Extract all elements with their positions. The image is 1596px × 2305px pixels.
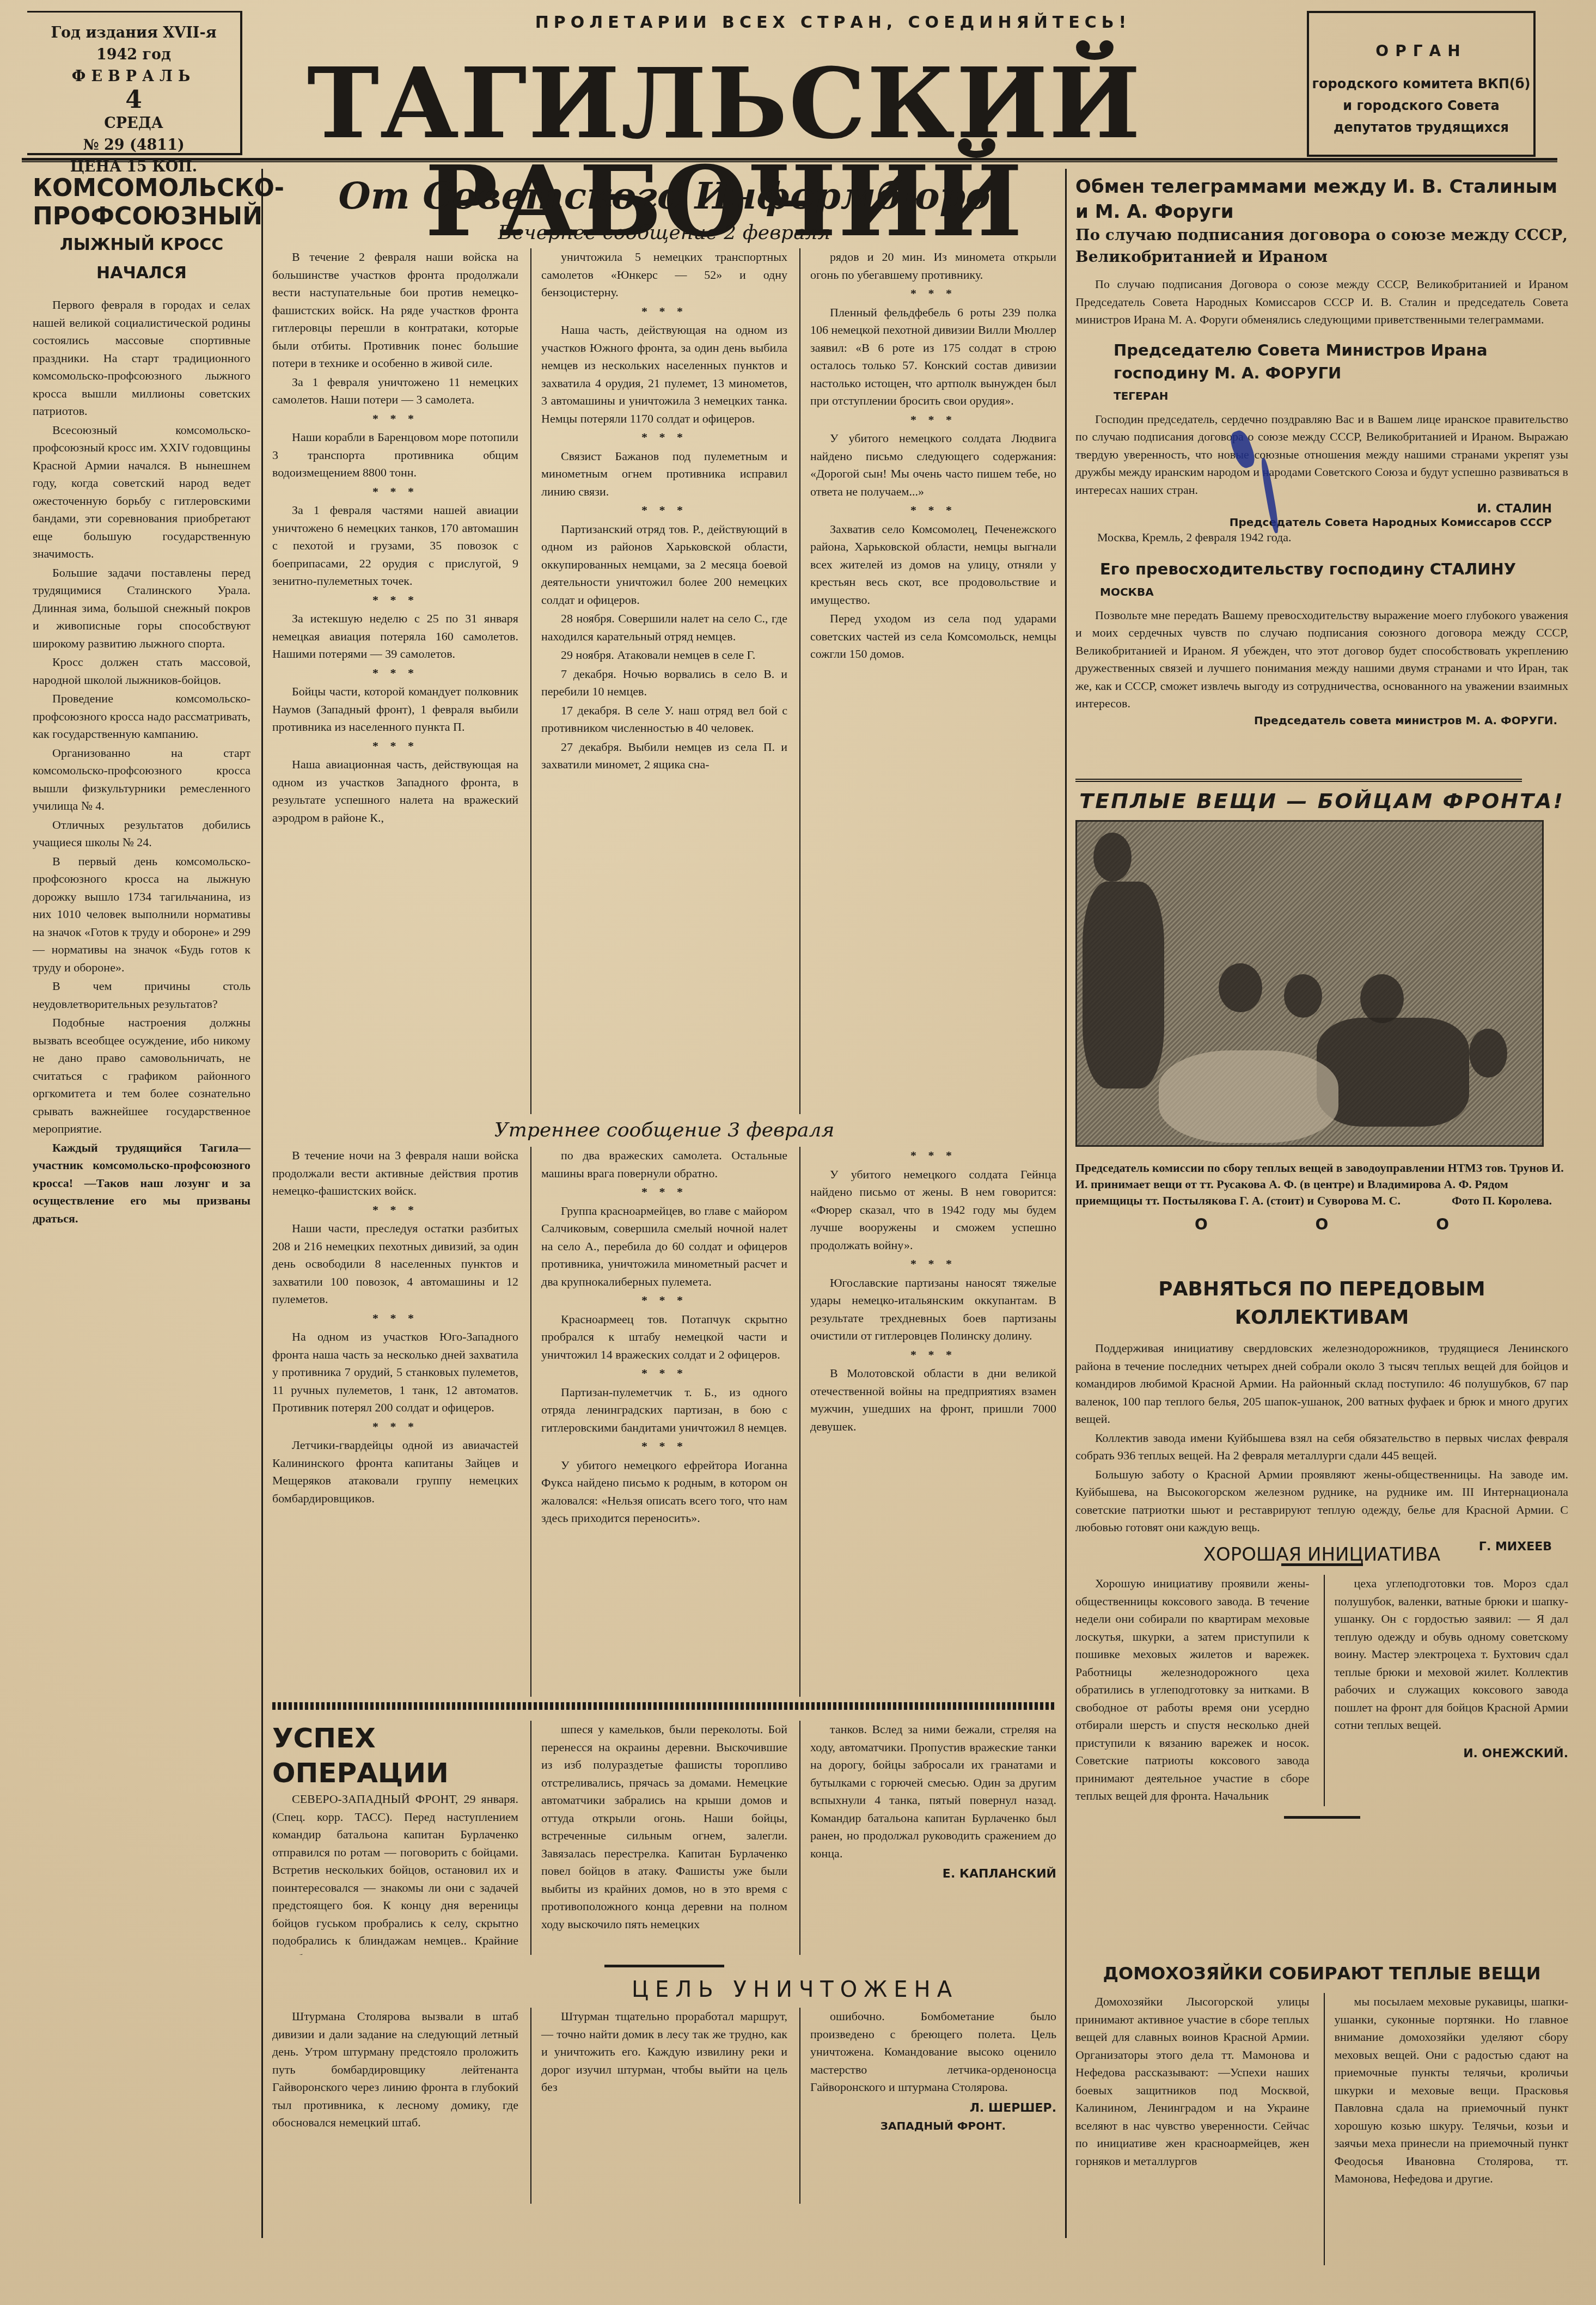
photo-figure: [1093, 833, 1132, 882]
paragraph: Большие задачи поставлены перед трудящим…: [33, 564, 250, 653]
signature: Председатель совета министров М. А. ФОРУ…: [1075, 714, 1557, 727]
paragraph: По случаю подписания Договора о союзе ме…: [1075, 276, 1568, 329]
photo-figure: [1469, 1029, 1507, 1078]
paragraph: ошибочно. Бомбометание было произведено …: [810, 2008, 1056, 2096]
paragraph: Наши корабли в Баренцовом море потопили …: [272, 429, 518, 482]
stars-separator: * * *: [541, 1438, 787, 1456]
text-column: цеха углеподготовки тов. Мороз сдал полу…: [1324, 1575, 1569, 1806]
target-columns: Штурмана Столярова вызвали в штаб дивизи…: [272, 2008, 1056, 2204]
paragraph: Бойцы части, которой командует полковник…: [272, 683, 518, 736]
article-body: Первого февраля в городах и селах нашей …: [33, 296, 250, 1227]
newspaper-page: Год издания XVII-я 1942 год ФЕВРАЛЬ 4 СР…: [22, 11, 1579, 2298]
paragraph: Организованно на старт комсомольско-проф…: [33, 744, 250, 815]
photo: [1075, 820, 1544, 1147]
headline: Обмен телеграммами между И. В. Сталиным …: [1075, 174, 1568, 224]
article-body: Поддерживая инициативу свердловских желе…: [1075, 1340, 1568, 1537]
ornament: О: [1316, 1215, 1329, 1233]
headline: РАВНЯТЬСЯ ПО ПЕРЕДОВЫМ КОЛЛЕКТИВАМ: [1075, 1275, 1568, 1332]
paragraph: Югославские партизаны наносят тяжелые уд…: [810, 1274, 1056, 1345]
article-columns: Домохозяйки Лысогорской улицы принимают …: [1075, 1993, 1568, 2265]
evening-subtitle: Вечернее сообщение 2 февраля: [272, 218, 1056, 248]
paragraph: мы посылаем меховые рукавицы, шапки-ушан…: [1335, 1993, 1569, 2188]
stars-separator: * * *: [810, 1255, 1056, 1273]
text-column: мы посылаем меховые рукавицы, шапки-ушан…: [1324, 1993, 1569, 2265]
short-divider: [1284, 1816, 1360, 1819]
intro: По случаю подписания Договора о союзе ме…: [1075, 276, 1568, 329]
text-column: Хорошую инициативу проявили жены-обществ…: [1075, 1575, 1310, 1806]
headline-line: КОМСОМОЛЬСКО-: [33, 174, 250, 203]
ornament: О: [1436, 1215, 1449, 1233]
headline: ТЕПЛЫЕ ВЕЩИ — БОЙЦАМ ФРОНТА!: [1075, 782, 1568, 820]
paragraph: шпеся у камельков, были переколоты. Бой …: [541, 1721, 787, 1933]
paragraph: Наша авиационная часть, действующая на о…: [272, 756, 518, 827]
paragraph: За 1 февраля уничтожено 11 немецких само…: [272, 374, 518, 409]
paragraph: В течение ночи на 3 февраля наши войска …: [272, 1147, 518, 1200]
paragraph: На одном из участков Юго-Западного фронт…: [272, 1328, 518, 1417]
organ-line: и городского Совета: [1309, 95, 1533, 117]
author: И. ОНЕЖСКИЙ.: [1335, 1745, 1569, 1763]
article-housewives: ДОМОХОЗЯЙКИ СОБИРАЮТ ТЕПЛЫЕ ВЕЩИ Домохоз…: [1075, 1960, 1568, 2265]
article-columns: Хорошую инициативу проявили жены-обществ…: [1075, 1575, 1568, 1806]
paragraph: 29 ноября. Атаковали немцев в селе Г.: [541, 646, 787, 664]
paragraph: Наша часть, действующая на одном из учас…: [541, 321, 787, 427]
paragraph: У убитого немецкого солдата Гейнца найде…: [810, 1166, 1056, 1255]
photo-figure: [1317, 1018, 1469, 1127]
sovinformburo-title: От Советского Информбюро: [272, 174, 1056, 218]
text-column: по два вражеских самолета. Остальные маш…: [530, 1147, 787, 1697]
photo-figure: [1284, 974, 1322, 1018]
paragraph: Отличных результатов добились учащиеся ш…: [33, 816, 250, 852]
article-good-initiative: ХОРОШАЯ ИНИЦИАТИВА Хорошую инициативу пр…: [1075, 1541, 1568, 1829]
paragraph: Поддерживая инициативу свердловских желе…: [1075, 1340, 1568, 1428]
paragraph: Большую заботу о Красной Армии проявляют…: [1075, 1466, 1568, 1537]
stars-separator: * * *: [810, 1346, 1056, 1364]
paragraph: У убитого немецкого ефрейтора Иоганна Фу…: [541, 1457, 787, 1527]
signature-title: Председатель Совета Народных Комиссаров …: [1075, 516, 1552, 529]
paragraph: СЕВЕРО-ЗАПАДНЫЙ ФРОНТ, 29 января. (Спец.…: [272, 1790, 518, 1955]
organ-line: городского комитета ВКП(б): [1309, 73, 1533, 95]
photo-caption: Председатель комиссии по сбору теплых ве…: [1075, 1160, 1568, 1209]
paragraph: цеха углеподготовки тов. Мороз сдал полу…: [1335, 1575, 1569, 1734]
paragraph: В чем причины столь неудовлетворительных…: [33, 977, 250, 1013]
addressee-line: Его превосходительству господину СТАЛИНУ: [1100, 558, 1568, 580]
headline: ДОМОХОЗЯЙКИ СОБИРАЮТ ТЕПЛЫЕ ВЕЩИ: [1075, 1960, 1568, 1986]
text-column: УСПЕХ ОПЕРАЦИИ СЕВЕРО-ЗАПАДНЫЙ ФРОНТ, 29…: [272, 1721, 518, 1955]
headline: УСПЕХ ОПЕРАЦИИ: [272, 1721, 518, 1790]
paragraph: Проведение комсомольско-профсоюзного кро…: [33, 690, 250, 743]
ornament: О: [1195, 1215, 1208, 1233]
text-column: * * *У убитого немецкого солдата Гейнца …: [799, 1147, 1056, 1697]
article-align-with-leaders: РАВНЯТЬСЯ ПО ПЕРЕДОВЫМ КОЛЛЕКТИВАМ Подде…: [1075, 1275, 1568, 1576]
paragraph: Перед уходом из села под ударами советск…: [810, 610, 1056, 663]
text-column: ошибочно. Бомбометание было произведено …: [799, 2008, 1056, 2204]
telegram-1: Председателю Совета Министров Ирана госп…: [1075, 339, 1568, 547]
paragraph: В течение 2 февраля наши войска на больш…: [272, 248, 518, 372]
headline: ХОРОШАЯ ИНИЦИАТИВА: [1075, 1541, 1568, 1568]
headline-line: ПРОФСОЮЗНЫЙ: [33, 203, 250, 231]
stars-separator: * * *: [541, 429, 787, 447]
stars-separator: * * *: [541, 303, 787, 321]
text-column: уничтожила 5 немецких транспортных самол…: [530, 248, 787, 1114]
dateline-place: ЗАПАДНЫЙ ФРОНТ.: [810, 2117, 1056, 2135]
paragraph: Летчики-гвардейцы одной из авиачастей Ка…: [272, 1436, 518, 1507]
city: ТЕГЕРАН: [1114, 384, 1568, 407]
paragraph: Подобные настроения должны вызвать всеоб…: [33, 1014, 250, 1138]
paragraph: 27 декабря. Выбили немцев из села П. и з…: [541, 738, 787, 774]
sovinformburo-report: От Советского Информбюро Вечернее сообще…: [272, 174, 1056, 1715]
signature: И. СТАЛИН: [1075, 502, 1552, 516]
organ-label: ОРГАН: [1309, 40, 1533, 62]
paragraph: За 1 февраля частями нашей авиации уничт…: [272, 502, 518, 590]
evening-columns: В течение 2 февраля наши войска на больш…: [272, 248, 1056, 1114]
column-divider: [1065, 169, 1067, 2238]
addressee-line: господину М. А. ФОРУГИ: [1114, 362, 1568, 384]
ornament-separator: О О О: [1141, 1215, 1503, 1233]
stars-separator: * * *: [272, 664, 518, 682]
paragraph: В первый день комсомольско-профсоюзного …: [33, 853, 250, 977]
organ-box: ОРГАН городского комитета ВКП(б) и город…: [1307, 11, 1536, 157]
morning-subtitle: Утреннее сообщение 3 февраля: [272, 1114, 1056, 1147]
photo-credit: Фото П. Королева.: [1452, 1193, 1552, 1209]
stars-separator: * * *: [272, 1201, 518, 1219]
stars-separator: * * *: [541, 1365, 787, 1383]
paragraph: Связист Бажанов под пулеметным и миномет…: [541, 448, 787, 501]
photo-figure: [1083, 882, 1164, 1089]
headline: ЦЕЛЬ УНИЧТОЖЕНА: [534, 1977, 1056, 2002]
wavy-divider: [272, 1702, 1056, 1710]
stars-separator: * * *: [272, 410, 518, 428]
author: Л. ШЕРШЕР.: [810, 2100, 1056, 2118]
stars-separator: * * *: [272, 591, 518, 609]
paragraph: Партизанский отряд тов. Р., действующий …: [541, 521, 787, 609]
paragraph: Домохозяйки Лысогорской улицы принимают …: [1075, 1993, 1310, 2170]
paragraph: Партизан-пулеметчик т. Б., из одного отр…: [541, 1384, 787, 1437]
addressee: Председателю Совета Министров Ирана госп…: [1075, 339, 1568, 407]
organ-line: депутатов трудящихся: [1309, 117, 1533, 138]
paragraph: Захватив село Комсомолец, Печенежского р…: [810, 521, 1056, 609]
stars-separator: * * *: [272, 483, 518, 501]
addressee-line: Председателю Совета Министров Ирана: [1114, 339, 1568, 362]
telegrams-article: Обмен телеграммами между И. В. Сталиным …: [1075, 174, 1568, 727]
paragraph: В Молотовской области в дни великой отеч…: [810, 1365, 1056, 1435]
text-column: шпеся у камельков, были переколоты. Бой …: [530, 1721, 787, 1955]
paragraph: уничтожила 5 немецких транспортных самол…: [541, 248, 787, 302]
stars-separator: * * *: [810, 411, 1056, 429]
operation-columns: УСПЕХ ОПЕРАЦИИ СЕВЕРО-ЗАПАДНЫЙ ФРОНТ, 29…: [272, 1721, 1056, 1955]
headline: КОМСОМОЛЬСКО- ПРОФСОЮЗНЫЙ ЛЫЖНЫЙ КРОСС Н…: [33, 174, 250, 288]
text-column: В течение ночи на 3 февраля наши войска …: [272, 1147, 518, 1697]
text-column: рядов и 20 мин. Из миномета открыли огон…: [799, 248, 1056, 1114]
paragraph: рядов и 20 мин. Из миномета открыли огон…: [810, 248, 1056, 284]
text-column: В течение 2 февраля наши войска на больш…: [272, 248, 518, 1114]
short-divider: [604, 1965, 724, 1967]
warm-things-photo-section: ТЕПЛЫЕ ВЕЩИ — БОЙЦАМ ФРОНТА! Председател…: [1075, 779, 1568, 1240]
stars-separator: * * *: [272, 1310, 518, 1328]
stars-separator: * * *: [272, 1418, 518, 1436]
photo-clothing-pile: [1159, 1050, 1338, 1143]
paragraph: Всесоюзный комсомольско-профсоюзный крос…: [33, 421, 250, 563]
stars-separator: * * *: [541, 1292, 787, 1310]
paragraph: Господин председатель, сердечно поздравл…: [1075, 411, 1568, 499]
paragraph: Штурмана Столярова вызвали в штаб дивизи…: [272, 2008, 518, 2132]
photo-figure: [1219, 963, 1262, 1012]
author: Е. КАПЛАНСКИЙ: [810, 1866, 1056, 1884]
masthead-rule: [22, 158, 1557, 162]
city: МОСКВА: [1100, 580, 1568, 603]
paragraph: Пленный фельдфебель 6 роты 239 полка 106…: [810, 304, 1056, 410]
paragraph: танков. Вслед за ними бежали, стреляя на…: [810, 1721, 1056, 1862]
telegram-2: Его превосходительству господину СТАЛИНУ…: [1075, 558, 1568, 727]
stars-separator: * * *: [810, 1147, 1056, 1165]
morning-columns: В течение ночи на 3 февраля наши войска …: [272, 1147, 1056, 1697]
text-column: Домохозяйки Лысогорской улицы принимают …: [1075, 1993, 1310, 2265]
paragraph: За истекшую неделю с 25 по 31 января нем…: [272, 610, 518, 663]
paragraph: У убитого немецкого солдата Людвига найд…: [810, 430, 1056, 500]
column-divider: [261, 169, 263, 2238]
paragraph: 28 ноября. Совершили налет на село С., г…: [541, 610, 787, 645]
paragraph: Первого февраля в городах и селах нашей …: [33, 296, 250, 420]
closing-paragraph: Каждый трудящийся Тагила—участник комсом…: [33, 1139, 250, 1228]
paragraph: по два вражеских самолета. Остальные маш…: [541, 1147, 787, 1182]
stars-separator: * * *: [272, 737, 518, 755]
text-column: танков. Вслед за ними бежали, стреляя на…: [799, 1721, 1056, 1955]
article-operation-success: УСПЕХ ОПЕРАЦИИ СЕВЕРО-ЗАПАДНЫЙ ФРОНТ, 29…: [272, 1721, 1056, 2204]
stars-separator: * * *: [810, 502, 1056, 519]
stars-separator: * * *: [541, 1183, 787, 1201]
edition-year: Год издания XVII-я: [27, 22, 240, 44]
headline-line: ЛЫЖНЫЙ КРОСС НАЧАЛСЯ: [33, 231, 250, 288]
paragraph: Штурман тщательно проработал маршрут, — …: [541, 2008, 787, 2096]
paragraph: 7 декабря. Ночью ворвались в село В. и п…: [541, 665, 787, 701]
text-column: Штурман тщательно проработал маршрут, — …: [530, 2008, 787, 2204]
subheadline: По случаю подписания договора о союзе ме…: [1075, 224, 1568, 268]
addressee: Его превосходительству господину СТАЛИНУ…: [1075, 558, 1568, 603]
stars-separator: * * *: [541, 502, 787, 519]
telegram-text: Господин председатель, сердечно поздравл…: [1075, 411, 1568, 499]
slogan: ПРОЛЕТАРИИ ВСЕХ СТРАН, СОЕДИНЯЙТЕСЬ!: [316, 13, 1350, 32]
paragraph: 17 декабря. В селе У. наш отряд вел бой …: [541, 702, 787, 737]
telegram-text: Позвольте мне передать Вашему превосходи…: [1075, 607, 1568, 713]
article-ski-cross: КОМСОМОЛЬСКО- ПРОФСОЮЗНЫЙ ЛЫЖНЫЙ КРОСС Н…: [33, 174, 250, 1228]
paragraph: Позвольте мне передать Вашему превосходи…: [1075, 607, 1568, 713]
paragraph: Кросс должен стать массовой, народной шк…: [33, 653, 250, 689]
paragraph: Коллектив завода имени Куйбышева взял на…: [1075, 1429, 1568, 1465]
text-column: Штурмана Столярова вызвали в штаб дивизи…: [272, 2008, 518, 2204]
photo-figure: [1360, 974, 1404, 1023]
stars-separator: * * *: [810, 285, 1056, 303]
paragraph: Хорошую инициативу проявили жены-обществ…: [1075, 1575, 1310, 1805]
place-date: Москва, Кремль, 2 февраля 1942 года.: [1075, 529, 1568, 547]
paragraph: Наши части, преследуя остатки разбитых 2…: [272, 1220, 518, 1309]
paragraph: Группа красноармейцев, во главе с майоро…: [541, 1202, 787, 1291]
paragraph: Красноармеец тов. Потапчук скрытно пробр…: [541, 1311, 787, 1364]
